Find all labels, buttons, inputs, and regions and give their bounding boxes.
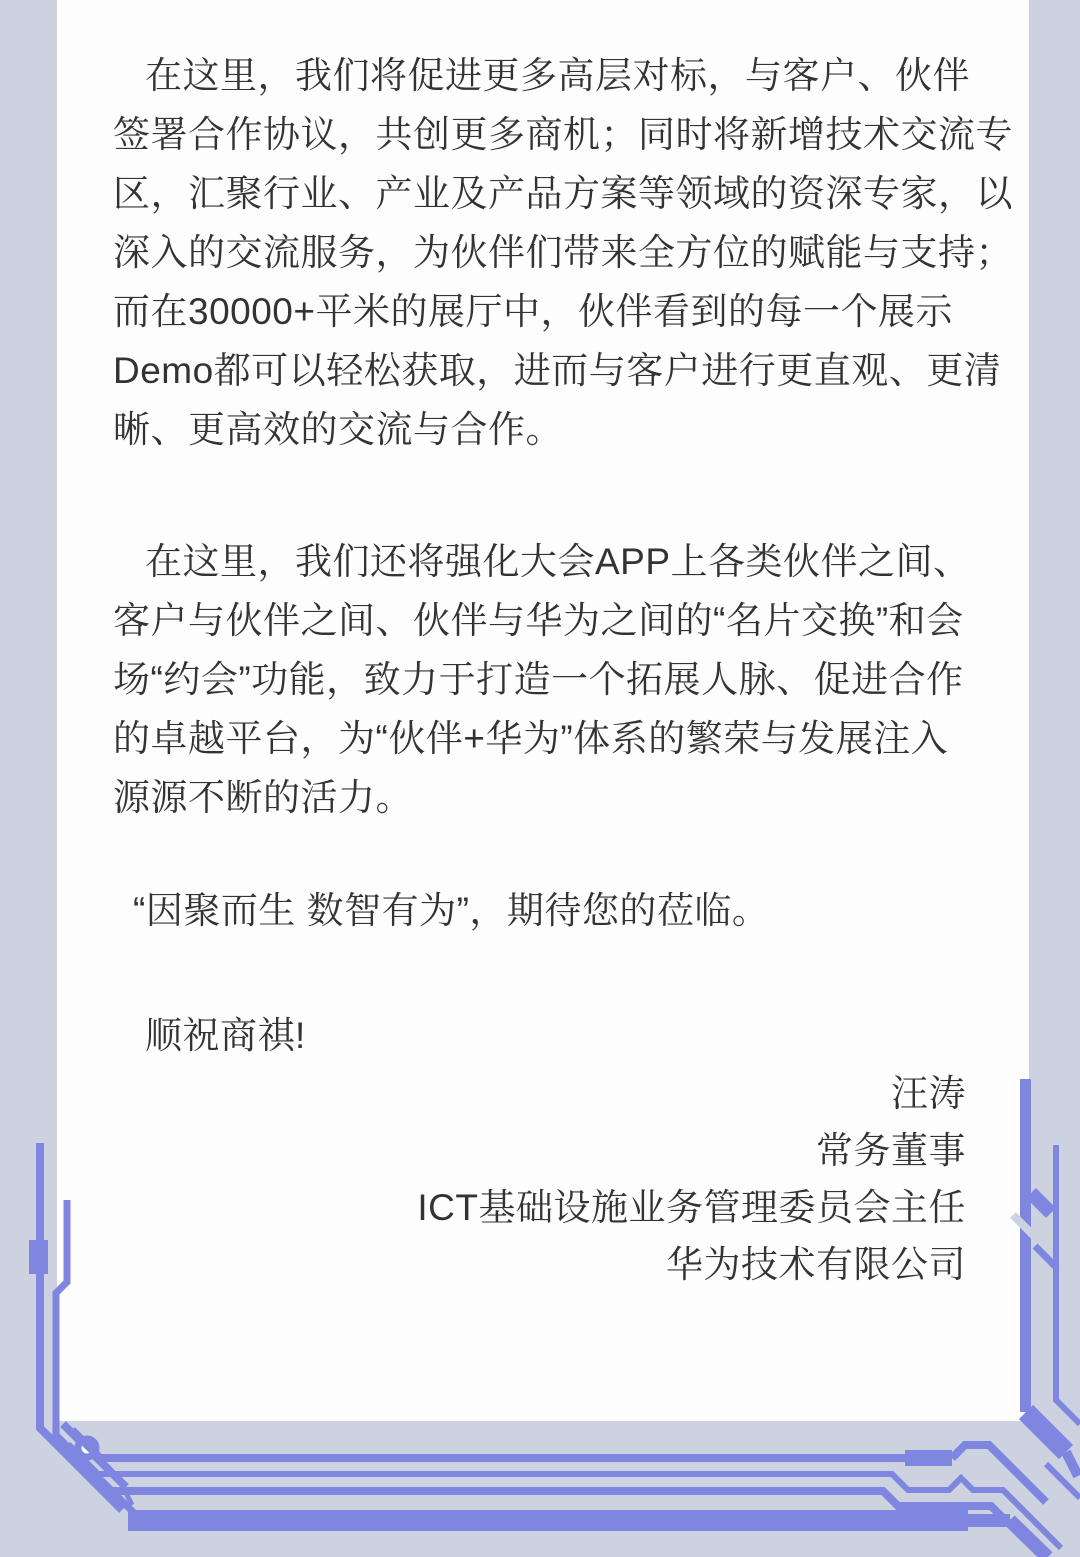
text-line: 深入的交流服务，为伙伴们带来全方位的赋能与支持； (113, 223, 966, 282)
circuit-component-icon (905, 1450, 952, 1466)
circuit-component-icon (29, 1240, 48, 1274)
text-line: 源源不断的活力。 (113, 768, 966, 827)
text-line: 在这里，我们将促进更多高层对标，与客户、伙伴 (113, 46, 966, 105)
circuit-bar (128, 1510, 968, 1531)
signature-name: 汪涛 (113, 1065, 966, 1122)
article-page: 在这里，我们将促进更多高层对标，与客户、伙伴 签署合作协议，共创更多商机；同时将… (0, 0, 1080, 1557)
circuit-via-icon (78, 1439, 96, 1457)
text-line: 而在30000+平米的展厅中，伙伴看到的每一个展示 (113, 282, 966, 341)
regards-line: 顺祝商祺! (113, 1006, 966, 1065)
text-line: 场“约会”功能，致力于打造一个拓展人脉、促进合作 (113, 650, 966, 709)
text-line: 客户与伙伴之间、伙伴与华为之间的“名片交换”和会 (113, 591, 966, 650)
signature-title-1: 常务董事 (113, 1122, 966, 1179)
letter-content: 在这里，我们将促进更多高层对标，与客户、伙伴 签署合作协议，共创更多商机；同时将… (113, 46, 966, 1293)
signature-block: 汪涛 常务董事 ICT基础设施业务管理委员会主任 华为技术有限公司 (113, 1065, 966, 1293)
text-line: Demo都可以轻松获取，进而与客户进行更直观、更清 (113, 341, 966, 400)
text-line: 区，汇聚行业、产业及产品方案等领域的资深专家，以 (113, 164, 966, 223)
signature-title-2: ICT基础设施业务管理委员会主任 (113, 1179, 966, 1236)
text-line: 晰、更高效的交流与合作。 (113, 400, 966, 459)
slogan-line: “因聚而生 数智有为”，期待您的莅临。 (113, 881, 966, 940)
circuit-bottom-traces (68, 1430, 1061, 1557)
paragraph-2: 在这里，我们还将强化大会APP上各类伙伴之间、 客户与伙伴之间、伙伴与华为之间的… (113, 532, 966, 827)
paragraph-1: 在这里，我们将促进更多高层对标，与客户、伙伴 签署合作协议，共创更多商机；同时将… (113, 46, 966, 459)
text-line: 的卓越平台，为“伙伴+华为”体系的繁荣与发展注入 (113, 709, 966, 768)
signature-company: 华为技术有限公司 (113, 1236, 966, 1293)
text-line: 在这里，我们还将强化大会APP上各类伙伴之间、 (113, 532, 966, 591)
text-line: 签署合作协议，共创更多商机；同时将新增技术交流专 (113, 105, 966, 164)
letter-card: 在这里，我们将促进更多高层对标，与客户、伙伴 签署合作协议，共创更多商机；同时将… (57, 0, 1029, 1421)
